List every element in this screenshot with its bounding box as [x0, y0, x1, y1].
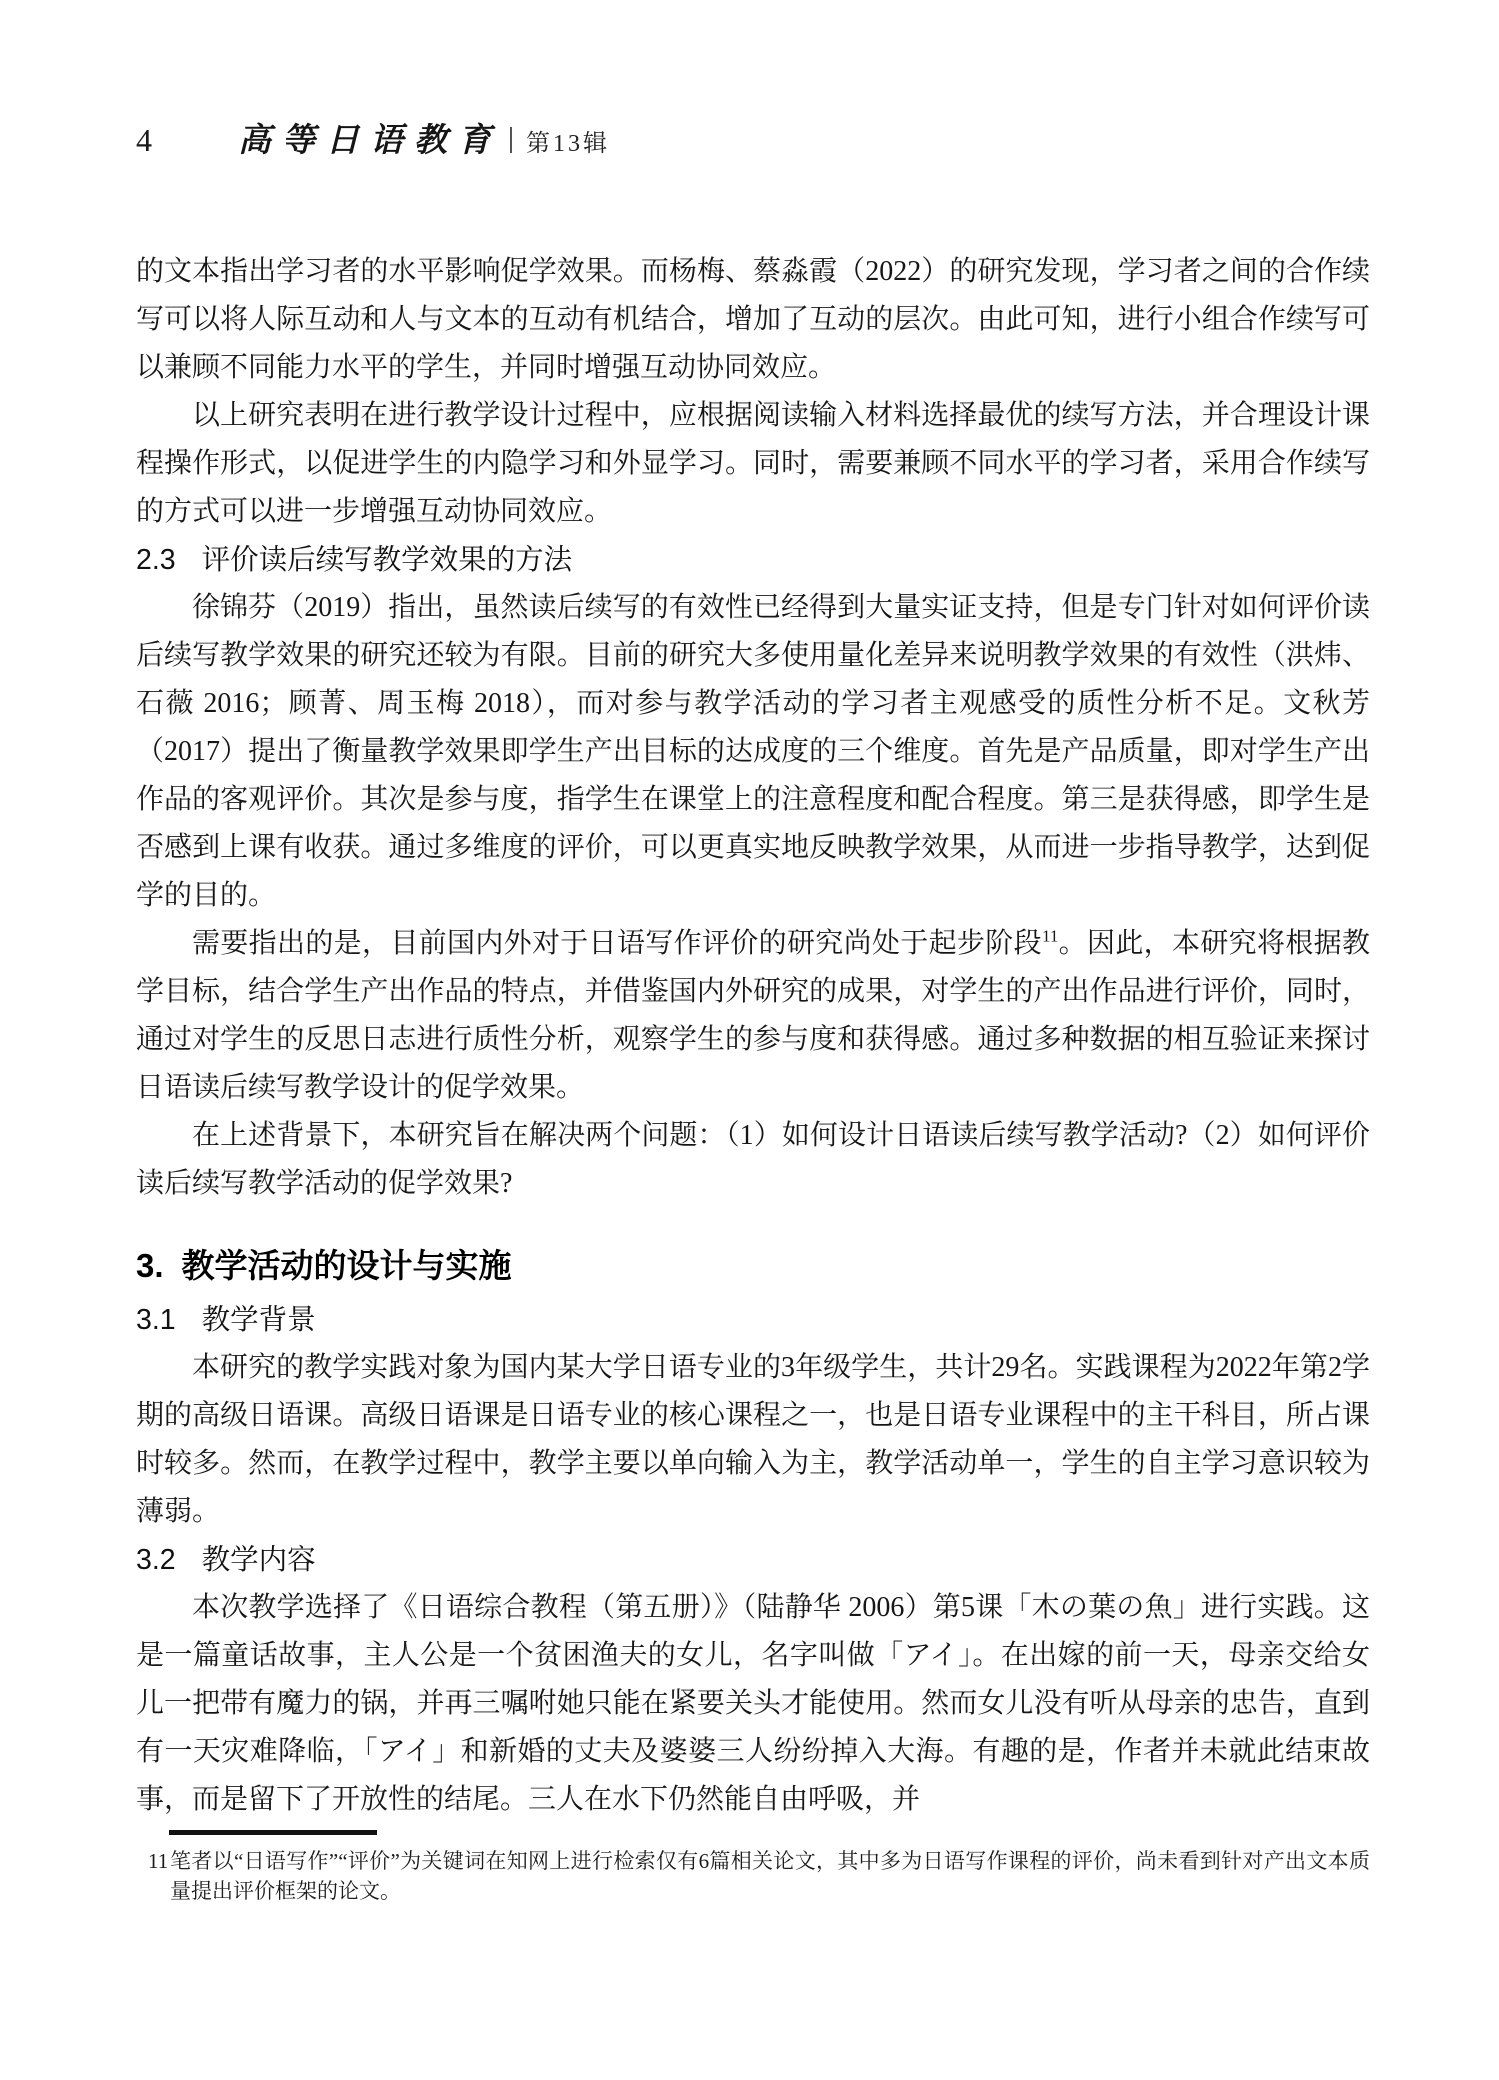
heading-number: 3.2	[136, 1544, 176, 1576]
footnote-divider	[169, 1830, 377, 1835]
heading-3-1: 3.1教学背景	[136, 1296, 1370, 1344]
heading-number: 3.1	[136, 1304, 176, 1336]
footnote-number: 11	[148, 1846, 170, 1906]
paragraph-continuation: 的文本指出学习者的水平影响促学效果。而杨梅、蔡淼霞（2022）的研究发现，学习者…	[136, 248, 1370, 392]
paragraph: 徐锦芬（2019）指出，虽然读后续写的有效性已经得到大量实证支持，但是专门针对如…	[136, 584, 1370, 920]
header-divider	[510, 127, 512, 153]
heading-3: 3.教学活动的设计与实施	[136, 1238, 1370, 1294]
page-number: 4	[136, 122, 152, 158]
paragraph: 本研究的教学实践对象为国内某大学日语专业的3年级学生，共计29名。实践课程为20…	[136, 1344, 1370, 1536]
heading-3-2: 3.2教学内容	[136, 1536, 1370, 1584]
heading-title: 评价读后续写教学效果的方法	[202, 544, 573, 576]
heading-number: 2.3	[136, 544, 176, 576]
heading-number: 3.	[136, 1247, 164, 1284]
issue-label: 第13辑	[526, 123, 610, 158]
paragraph: 以上研究表明在进行教学设计过程中，应根据阅读输入材料选择最优的续写方法，并合理设…	[136, 392, 1370, 536]
footnote-area: 11 笔者以“日语写作”“评价”为关键词在知网上进行检索仅有6篇相关论文，其中多…	[136, 1830, 1370, 1906]
paragraph-text: 需要指出的是，目前国内外对于日语写作评价的研究尚处于起步阶段	[192, 928, 1042, 959]
heading-title: 教学活动的设计与实施	[182, 1247, 512, 1284]
heading-title: 教学内容	[202, 1544, 316, 1576]
page-body: 的文本指出学习者的水平影响促学效果。而杨梅、蔡淼霞（2022）的研究发现，学习者…	[136, 248, 1370, 1824]
footnote-text: 笔者以“日语写作”“评价”为关键词在知网上进行检索仅有6篇相关论文，其中多为日语…	[170, 1846, 1370, 1906]
running-header: 4 高等日语教育 第13辑	[136, 122, 1370, 158]
journal-title: 高等日语教育	[238, 122, 502, 158]
heading-title: 教学背景	[202, 1304, 316, 1336]
footnote: 11 笔者以“日语写作”“评价”为关键词在知网上进行检索仅有6篇相关论文，其中多…	[136, 1846, 1370, 1906]
heading-2-3: 2.3评价读后续写教学效果的方法	[136, 536, 1370, 584]
footnote-reference: 11	[1042, 927, 1058, 946]
paragraph-with-footnote-ref: 需要指出的是，目前国内外对于日语写作评价的研究尚处于起步阶段11。因此，本研究将…	[136, 920, 1370, 1112]
document-page: 4 高等日语教育 第13辑 的文本指出学习者的水平影响促学效果。而杨梅、蔡淼霞（…	[0, 0, 1499, 2080]
paragraph-research-questions: 在上述背景下，本研究旨在解决两个问题：（1）如何设计日语读后续写教学活动?（2）…	[136, 1112, 1370, 1208]
paragraph: 本次教学选择了《日语综合教程（第五册）》（陆静华 2006）第5课「木の葉の魚」…	[136, 1584, 1370, 1824]
